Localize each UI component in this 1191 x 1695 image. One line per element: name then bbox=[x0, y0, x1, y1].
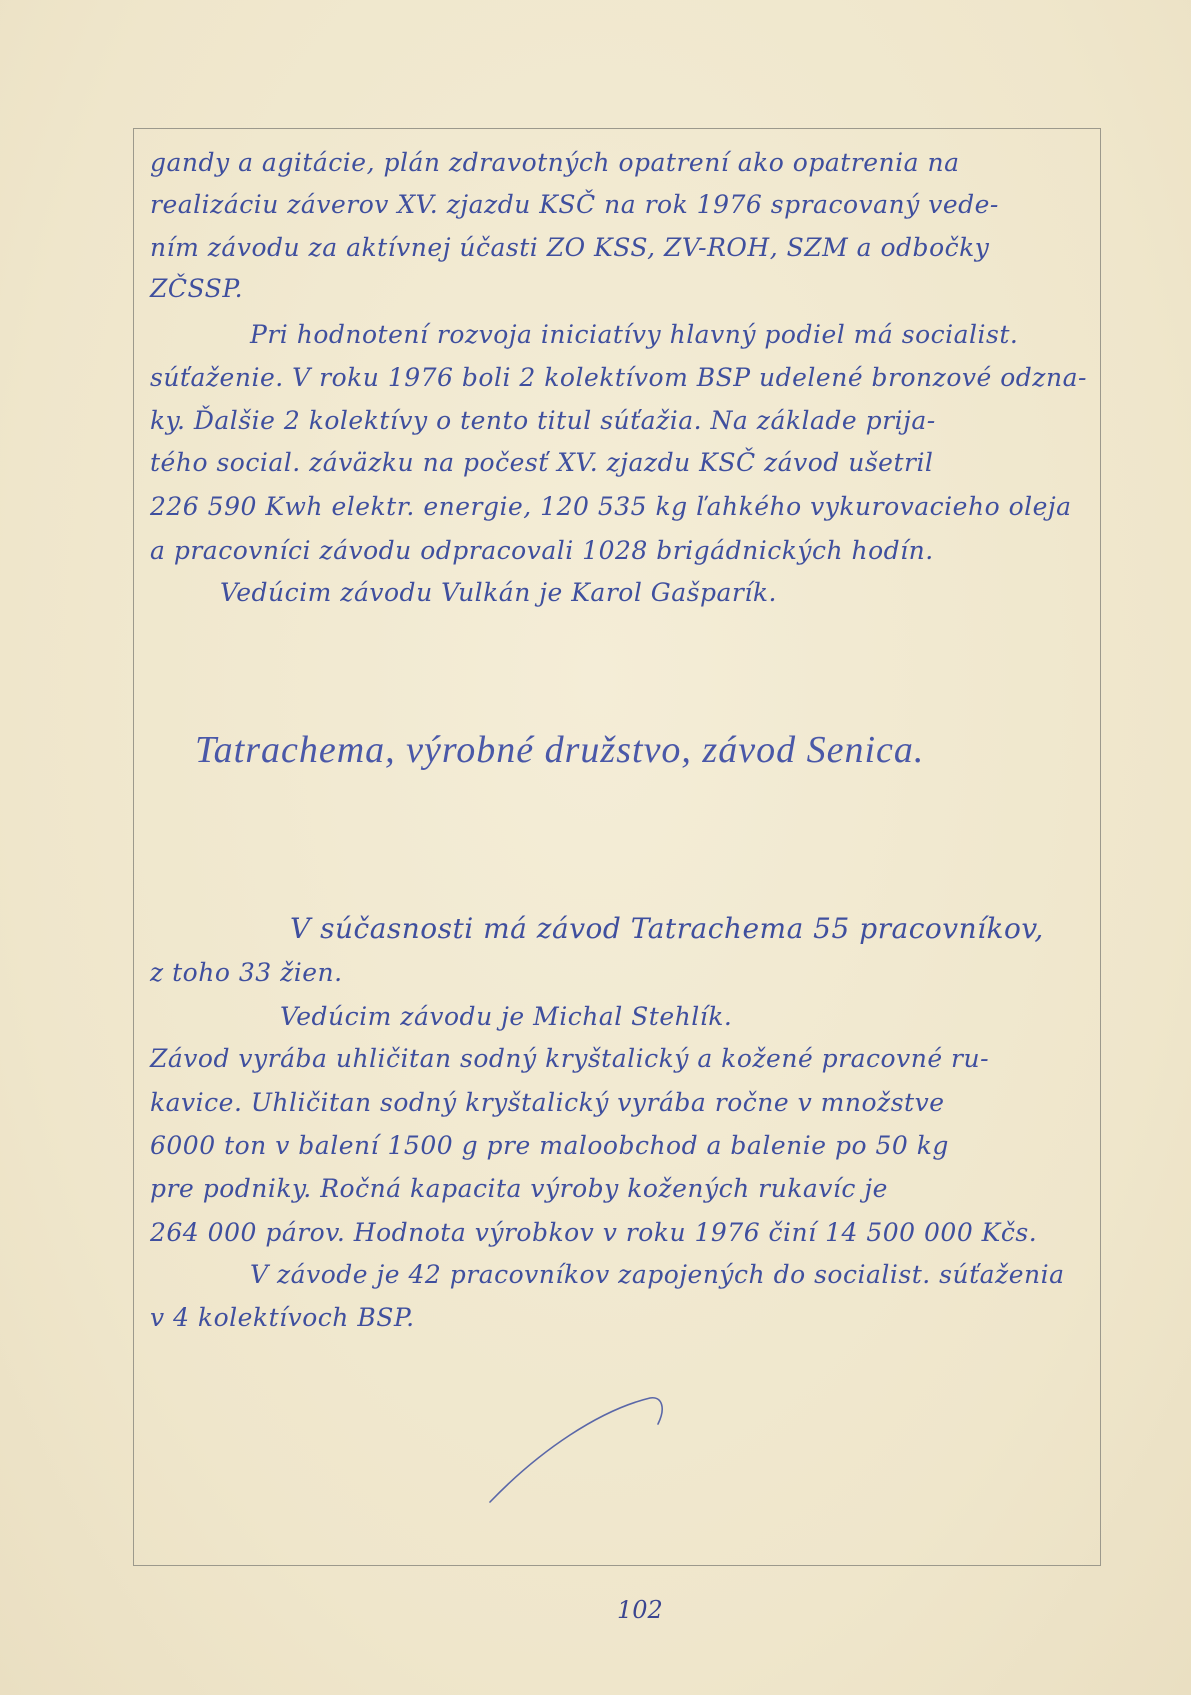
text-line: ním závodu za aktívnej účasti ZO KSS, ZV… bbox=[150, 235, 989, 260]
text-line: ZČSSP. bbox=[150, 276, 243, 301]
section-heading: Tatrachema, výrobné družstvo, závod Seni… bbox=[195, 728, 924, 772]
text-line: v 4 kolektívoch BSP. bbox=[150, 1305, 415, 1330]
page-number: 102 bbox=[617, 1596, 663, 1624]
text-line: z toho 33 žien. bbox=[150, 960, 343, 985]
text-line: a pracovníci závodu odpracovali 1028 bri… bbox=[150, 538, 934, 563]
text-line: 226 590 Kwh elektr. energie, 120 535 kg … bbox=[150, 494, 1072, 519]
text-line: Vedúcim závodu je Michal Stehlík. bbox=[280, 1004, 732, 1029]
text-line: 264 000 párov. Hodnota výrobkov v roku 1… bbox=[150, 1220, 1037, 1245]
text-line: kavice. Uhličitan sodný kryštalický vyrá… bbox=[150, 1090, 945, 1115]
text-line: ky. Ďalšie 2 kolektívy o tento titul súť… bbox=[150, 408, 936, 433]
end-of-text-flourish-icon bbox=[480, 1390, 680, 1520]
text-line: gandy a agitácie, plán zdravotných opatr… bbox=[150, 150, 960, 175]
manuscript-page: gandy a agitácie, plán zdravotných opatr… bbox=[0, 0, 1191, 1695]
text-line: Pri hodnotení rozvoja iniciatívy hlavný … bbox=[250, 322, 1018, 347]
text-line: pre podniky. Ročná kapacita výroby kožen… bbox=[150, 1176, 888, 1201]
text-line: súťaženie. V roku 1976 boli 2 kolektívom… bbox=[150, 365, 1087, 390]
text-line: V závode je 42 pracovníkov zapojených do… bbox=[250, 1262, 1065, 1287]
text-line: tého social. záväzku na počesť XV. zjazd… bbox=[150, 450, 933, 475]
text-line: Závod vyrába uhličitan sodný kryštalický… bbox=[150, 1046, 989, 1071]
text-line: V súčasnosti má závod Tatrachema 55 prac… bbox=[290, 915, 1044, 943]
text-line: 6000 ton v balení 1500 g pre maloobchod … bbox=[150, 1133, 949, 1158]
text-line: realizáciu záverov XV. zjazdu KSČ na rok… bbox=[150, 192, 999, 217]
text-line: Vedúcim závodu Vulkán je Karol Gašparík. bbox=[220, 580, 777, 605]
